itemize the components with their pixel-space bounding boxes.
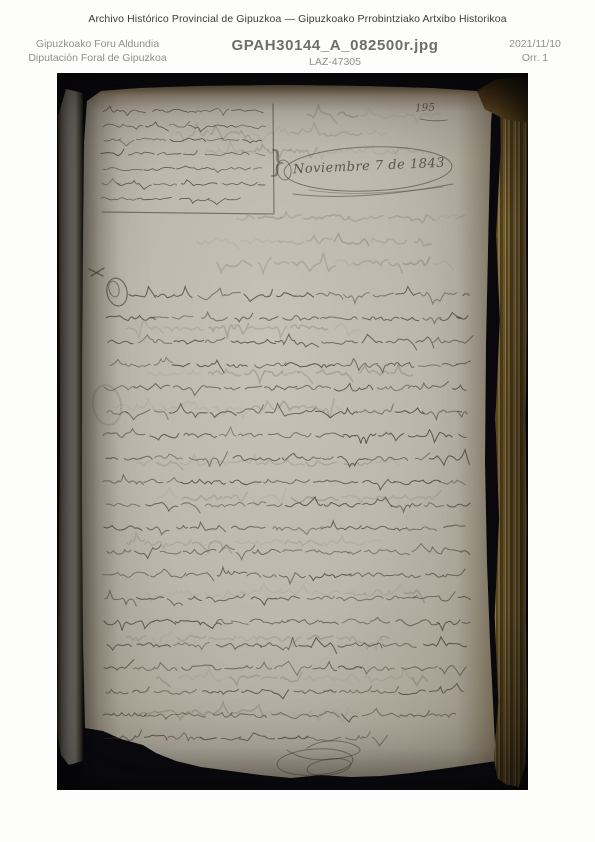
reference-code: LAZ-47305: [195, 56, 475, 68]
folio-number: 195: [415, 101, 436, 114]
scan-date: 2021/11/10: [475, 37, 595, 51]
ink-layer: [57, 73, 528, 790]
institution-basque: Gipuzkoako Foru Aldundia: [0, 37, 195, 51]
file-block: GPAH30144_A_082500r.jpg LAZ-47305: [195, 37, 475, 68]
note-brace: }: [267, 145, 287, 181]
manuscript-photo: 195 } Noviembre 7 de 1843: [57, 73, 528, 790]
document-page: Archivo Histórico Provincial de Gipuzkoa…: [0, 0, 595, 842]
institution-block: Gipuzkoako Foru Aldundia Diputación Fora…: [0, 37, 195, 65]
metadata-header: Gipuzkoako Foru Aldundia Diputación Fora…: [0, 37, 595, 68]
archive-title: Archivo Histórico Provincial de Gipuzkoa…: [0, 13, 595, 25]
date-block: 2021/11/10 Orr. 1: [475, 37, 595, 65]
sheet-number: Orr. 1: [475, 51, 595, 65]
institution-spanish: Diputación Foral de Gipuzkoa: [0, 51, 195, 65]
filename: GPAH30144_A_082500r.jpg: [195, 37, 475, 54]
